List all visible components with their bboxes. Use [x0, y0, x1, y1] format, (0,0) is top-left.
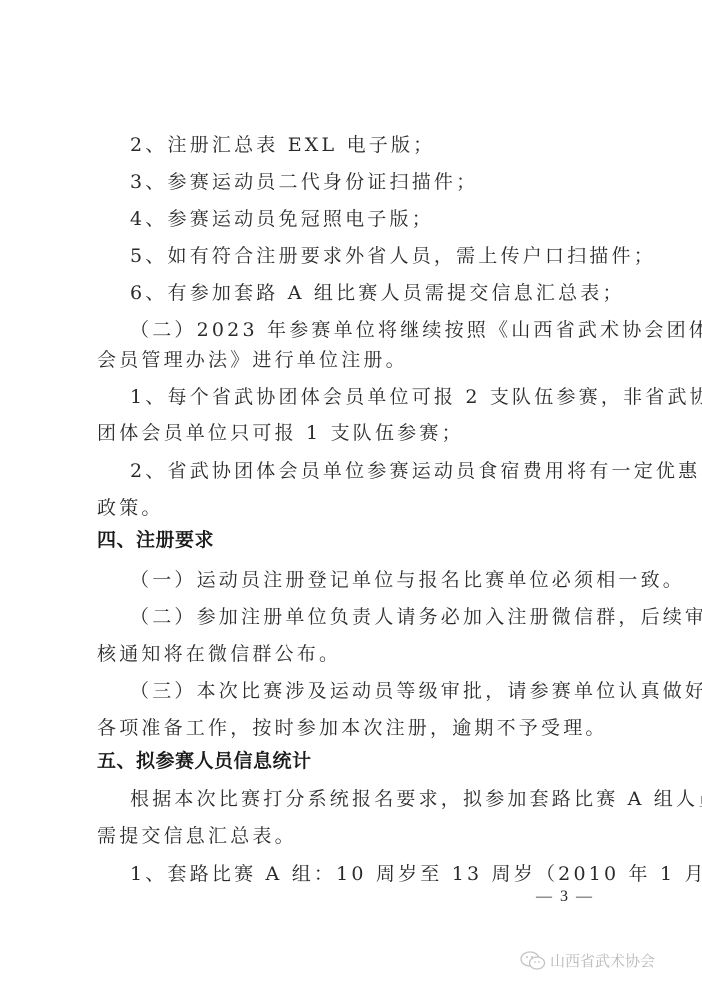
section-heading-participant-info: 五、拟参赛人员信息统计	[97, 749, 312, 773]
paragraph-line: 根据本次比赛打分系统报名要求，拟参加套路比赛 A 组人员	[130, 787, 702, 811]
paragraph-line: 核通知将在微信群公布。	[97, 642, 341, 666]
list-item-registration-excel: 2、注册汇总表 EXL 电子版；	[130, 133, 435, 157]
paragraph-line: 1、套路比赛 A 组：10 周岁至 13 周岁（2010 年 1 月 1 日至	[130, 862, 702, 886]
list-item-info-summary: 6、有参加套路 A 组比赛人员需提交信息汇总表；	[130, 281, 625, 305]
paragraph-line: （二）2023 年参赛单位将继续按照《山西省武术协会团体	[130, 318, 702, 342]
watermark-text: 山西省武术协会	[550, 950, 655, 971]
paragraph-line: 2、省武协团体会员单位参赛运动员食宿费用将有一定优惠	[130, 459, 700, 483]
section-heading-registration-requirements: 四、注册要求	[97, 528, 214, 552]
paragraph-line: （二）参加注册单位负责人请务必加入注册微信群，后续审	[130, 605, 702, 629]
paragraph-line: 政策。	[97, 496, 164, 520]
page-number: — 3 —	[536, 888, 594, 906]
list-item-id-scan: 3、参赛运动员二代身份证扫描件；	[130, 170, 478, 194]
paragraph-line: 团体会员单位只可报 1 支队伍参赛；	[97, 421, 464, 445]
paragraph-line: 1、每个省武协团体会员单位可报 2 支队伍参赛，非省武协	[130, 385, 702, 409]
paragraph-line: 需提交信息汇总表。	[97, 824, 297, 848]
watermark: 山西省武术协会	[520, 950, 655, 971]
list-item-photo: 4、参赛运动员免冠照电子版；	[130, 207, 434, 231]
paragraph-line: 会员管理办法》进行单位注册。	[97, 348, 408, 372]
paragraph-line: 各项准备工作，按时参加本次注册，逾期不予受理。	[97, 716, 608, 740]
paragraph-line: （一）运动员注册登记单位与报名比赛单位必须相一致。	[130, 568, 685, 592]
wechat-icon	[520, 951, 546, 971]
paragraph-line: （三）本次比赛涉及运动员等级审批，请参赛单位认真做好	[130, 679, 702, 703]
list-item-hukou-scan: 5、如有符合注册要求外省人员，需上传户口扫描件；	[130, 244, 656, 268]
